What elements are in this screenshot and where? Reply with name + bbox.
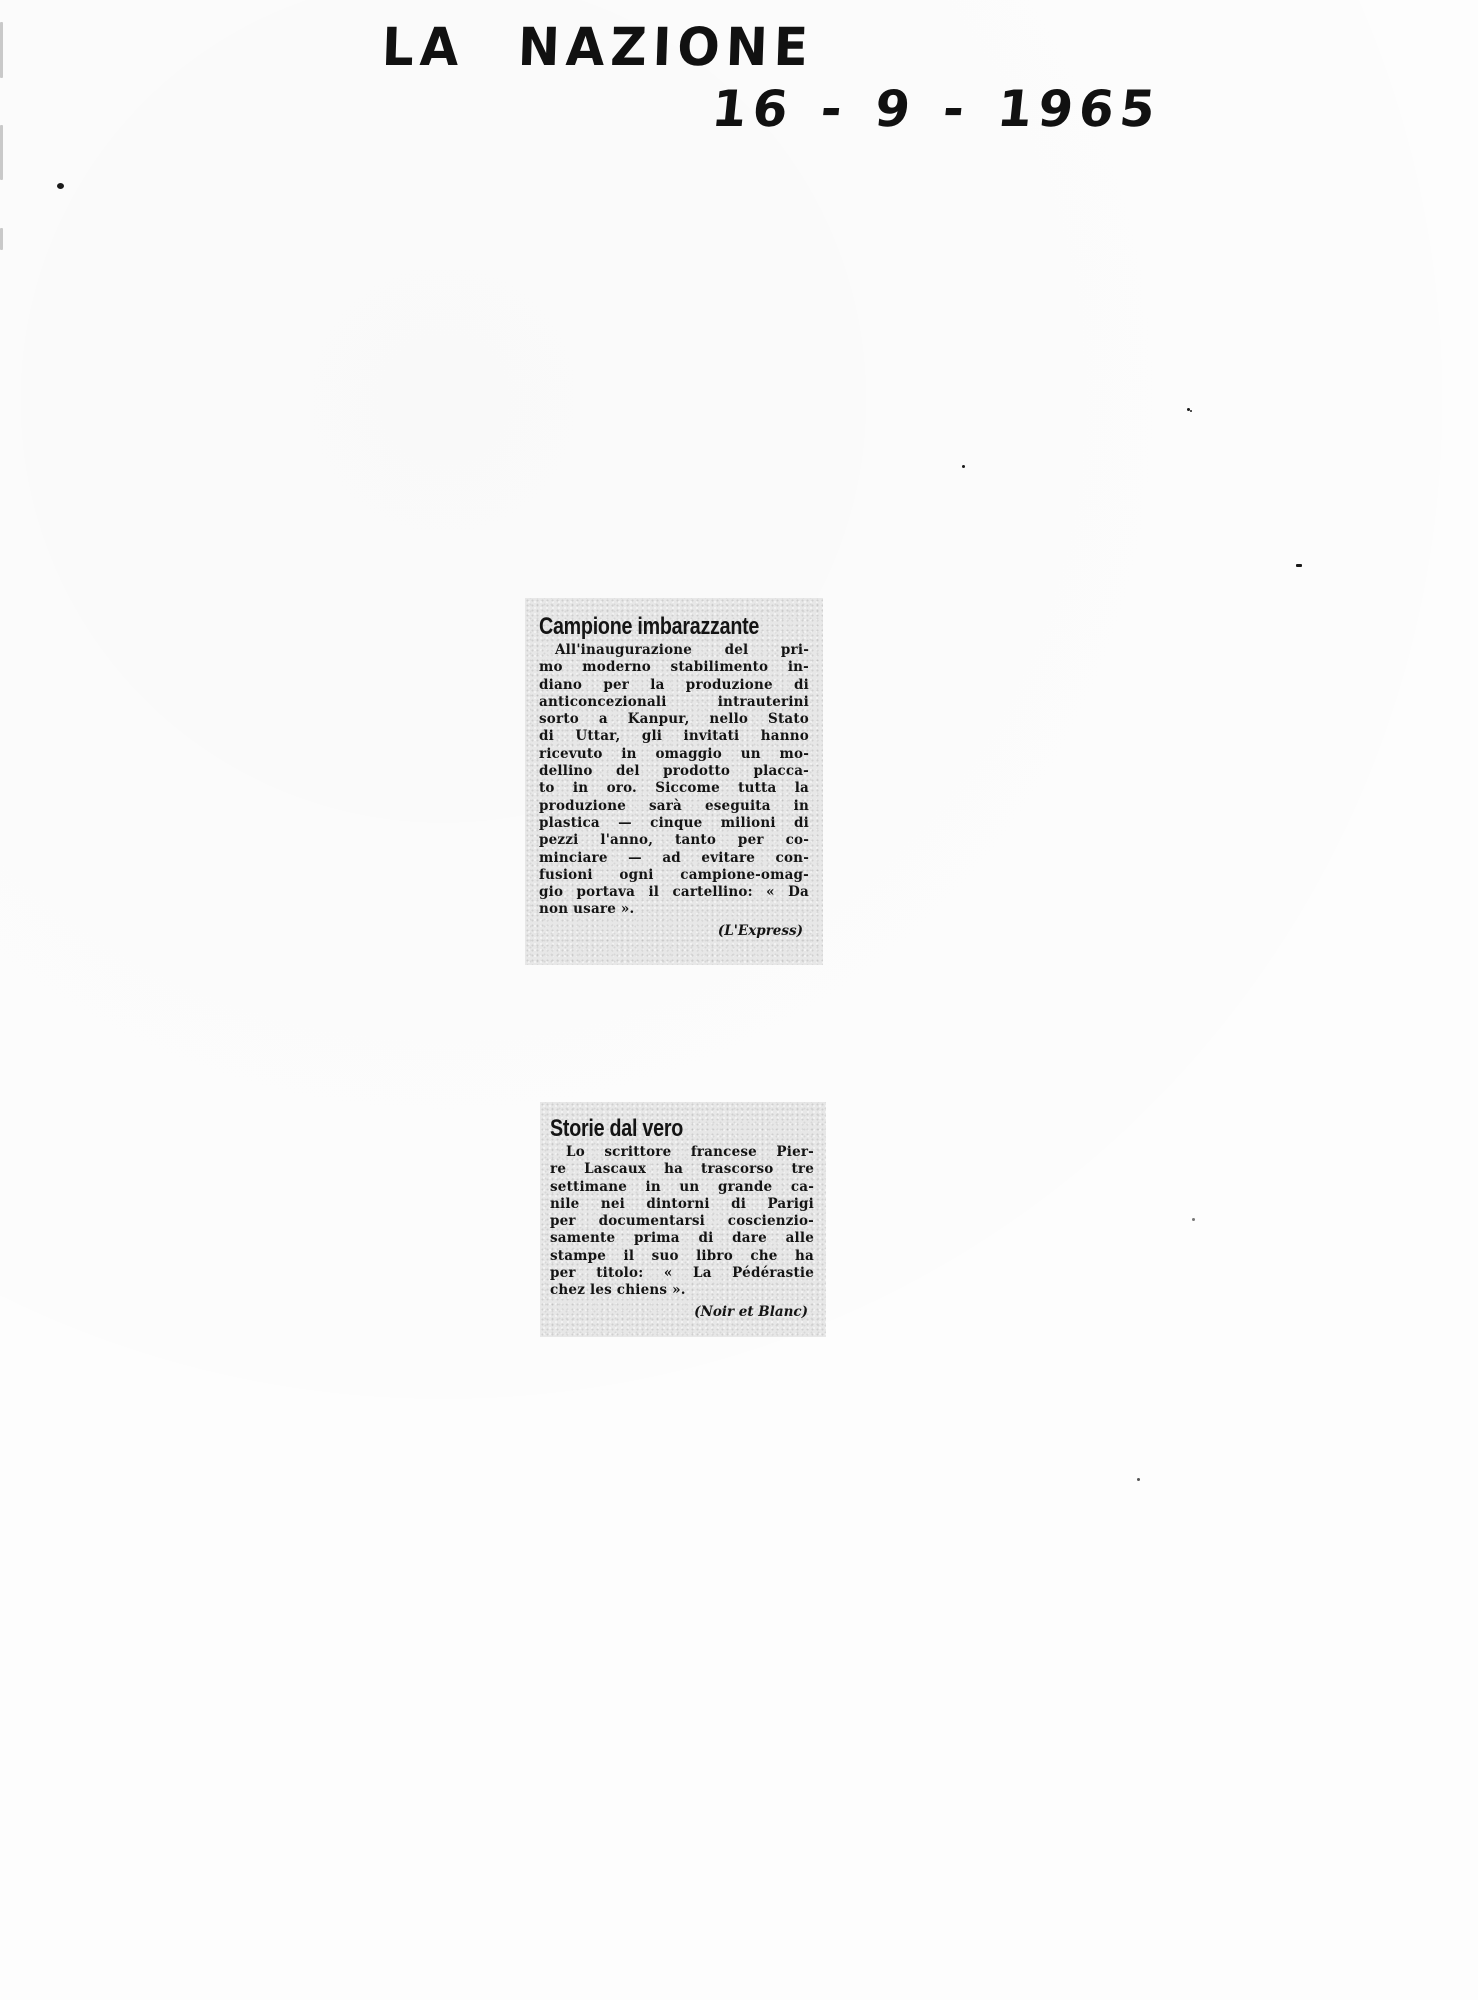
clipping-line: re Lascaux ha trascorso tre <box>550 1161 814 1178</box>
clipping-headline: Storie dal vero <box>550 1116 766 1142</box>
clipping-line: di Uttar, gli invitati hanno <box>539 728 809 745</box>
scanned-page: LA NAZIONE 16 - 9 - 1965 Campione imbara… <box>0 0 1478 2000</box>
dust-speck <box>1137 1478 1140 1481</box>
clipping-line: pezzi l'anno, tanto per co- <box>539 832 809 849</box>
clipping-line: to in oro. Siccome tutta la <box>539 780 809 797</box>
clipping-line: diano per la produzione di <box>539 677 809 694</box>
handwritten-newspaper-name: LA NAZIONE <box>381 17 815 78</box>
clipping-line: Lo scrittore francese Pier- <box>550 1144 814 1161</box>
dust-speck <box>1296 564 1302 567</box>
dust-speck <box>57 183 64 189</box>
newspaper-clipping: Campione imbarazzante All'inaugurazione … <box>525 598 823 965</box>
clipping-source: (Noir et Blanc) <box>550 1304 814 1320</box>
clipping-line: minciare — ad evitare con- <box>539 850 809 867</box>
clipping-line: plastica — cinque milioni di <box>539 815 809 832</box>
clipping-line: nile nei dintorni di Parigi <box>550 1196 814 1213</box>
clipping-line: All'inaugurazione del pri- <box>539 642 809 659</box>
clipping-line: fusioni ogni campione-omag- <box>539 867 809 884</box>
dust-speck <box>962 465 965 468</box>
clipping-line: chez les chiens ». <box>550 1282 814 1299</box>
clipping-headline: Campione imbarazzante <box>539 614 760 640</box>
clipping-line: per titolo: « La Pédérastie <box>550 1265 814 1282</box>
clipping-line: settimane in un grande ca- <box>550 1179 814 1196</box>
scan-edge-mark <box>0 228 3 250</box>
clipping-line: samente prima di dare alle <box>550 1230 814 1247</box>
clipping-line: dellino del prodotto placca- <box>539 763 809 780</box>
newspaper-clipping: Storie dal vero Lo scrittore francese Pi… <box>540 1102 826 1337</box>
clipping-line: gio portava il cartellino: « Da <box>539 884 809 901</box>
clipping-line: mo moderno stabilimento in- <box>539 659 809 676</box>
clipping-body: All'inaugurazione del pri- mo moderno st… <box>539 642 809 919</box>
scan-edge-mark <box>0 125 3 180</box>
dust-speck <box>1190 410 1192 412</box>
clipping-line: ricevuto in omaggio un mo- <box>539 746 809 763</box>
clipping-line: sorto a Kanpur, nello Stato <box>539 711 809 728</box>
clipping-line: per documentarsi coscienzio- <box>550 1213 814 1230</box>
clipping-line: non usare ». <box>539 901 809 918</box>
clipping-body: Lo scrittore francese Pier- re Lascaux h… <box>550 1144 814 1300</box>
dust-speck <box>1192 1218 1195 1221</box>
clipping-line: anticoncezionali intrauterini <box>539 694 809 711</box>
clipping-source: (L'Express) <box>539 923 809 939</box>
scan-edge-mark <box>0 22 3 78</box>
clipping-line: produzione sarà eseguita in <box>539 798 809 815</box>
handwritten-date: 16 - 9 - 1965 <box>709 80 1164 138</box>
clipping-line: stampe il suo libro che ha <box>550 1248 814 1265</box>
